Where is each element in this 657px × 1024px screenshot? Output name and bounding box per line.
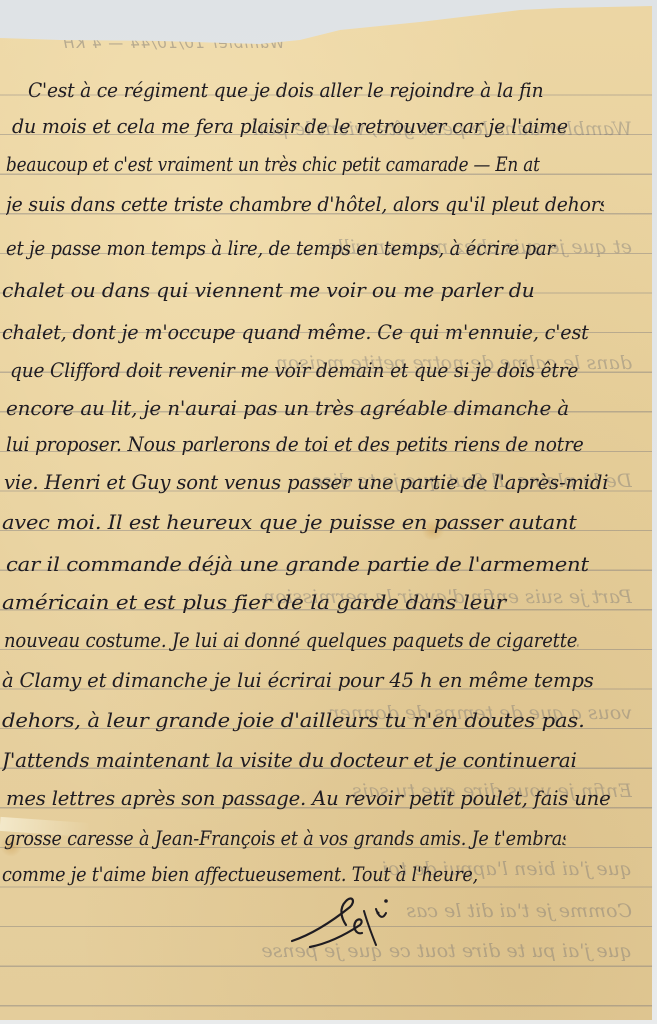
- letter-line: car il commande déjà une grande partie d…: [6, 552, 657, 582]
- letter-line: encore au lit, je n'aurai pas un très ag…: [6, 396, 642, 426]
- letter-line: dehors, à leur grande joie d'ailleurs tu…: [2, 708, 657, 738]
- letter-line: du mois et cela me fera plaisir de le re…: [12, 114, 611, 144]
- letter-line: je suis dans cette triste chambre d'hôte…: [6, 192, 604, 222]
- letter-line: J'attends maintenant la visite du docteu…: [2, 748, 642, 778]
- letter-line: chalet ou dans qui viennent me voir ou m…: [2, 278, 655, 308]
- letter-line: beaucoup et c'est vraiment un très chic …: [6, 152, 540, 182]
- letter-line: et je passe mon temps à lire, de temps e…: [6, 236, 578, 266]
- letter-line: mes lettres après son passage. Au revoir…: [6, 786, 629, 816]
- letter-line: chalet, dont je m'occupe quand même. Ce …: [2, 320, 616, 350]
- signature-mark-icon: [290, 885, 410, 955]
- letter-line: C'est à ce régiment que je dois aller le…: [28, 78, 599, 108]
- letter-line: américain et est plus fier de la garde d…: [2, 590, 657, 620]
- letter-line: à Clamy et dimanche je lui écrirai pour …: [2, 668, 629, 698]
- letter-line: grosse caresse à Jean-François et à vos …: [4, 826, 565, 856]
- letter-line: comme je t'aime bien affectueusement. To…: [2, 862, 565, 892]
- letter-line: que Clifford doit revenir me voir demain…: [10, 358, 598, 388]
- signature: Guy: [290, 885, 410, 955]
- letter-body: C'est à ce régiment que je dois aller le…: [0, 0, 652, 1024]
- letter-line: nouveau costume. Je lui ai donné quelque…: [4, 628, 578, 658]
- letter-line: lui proposer. Nous parlerons de toi et d…: [6, 432, 597, 462]
- letter-line: vie. Henri et Guy sont venus passer une …: [4, 470, 629, 500]
- letter-line: avec moi. Il est heureux que je puisse e…: [2, 510, 657, 540]
